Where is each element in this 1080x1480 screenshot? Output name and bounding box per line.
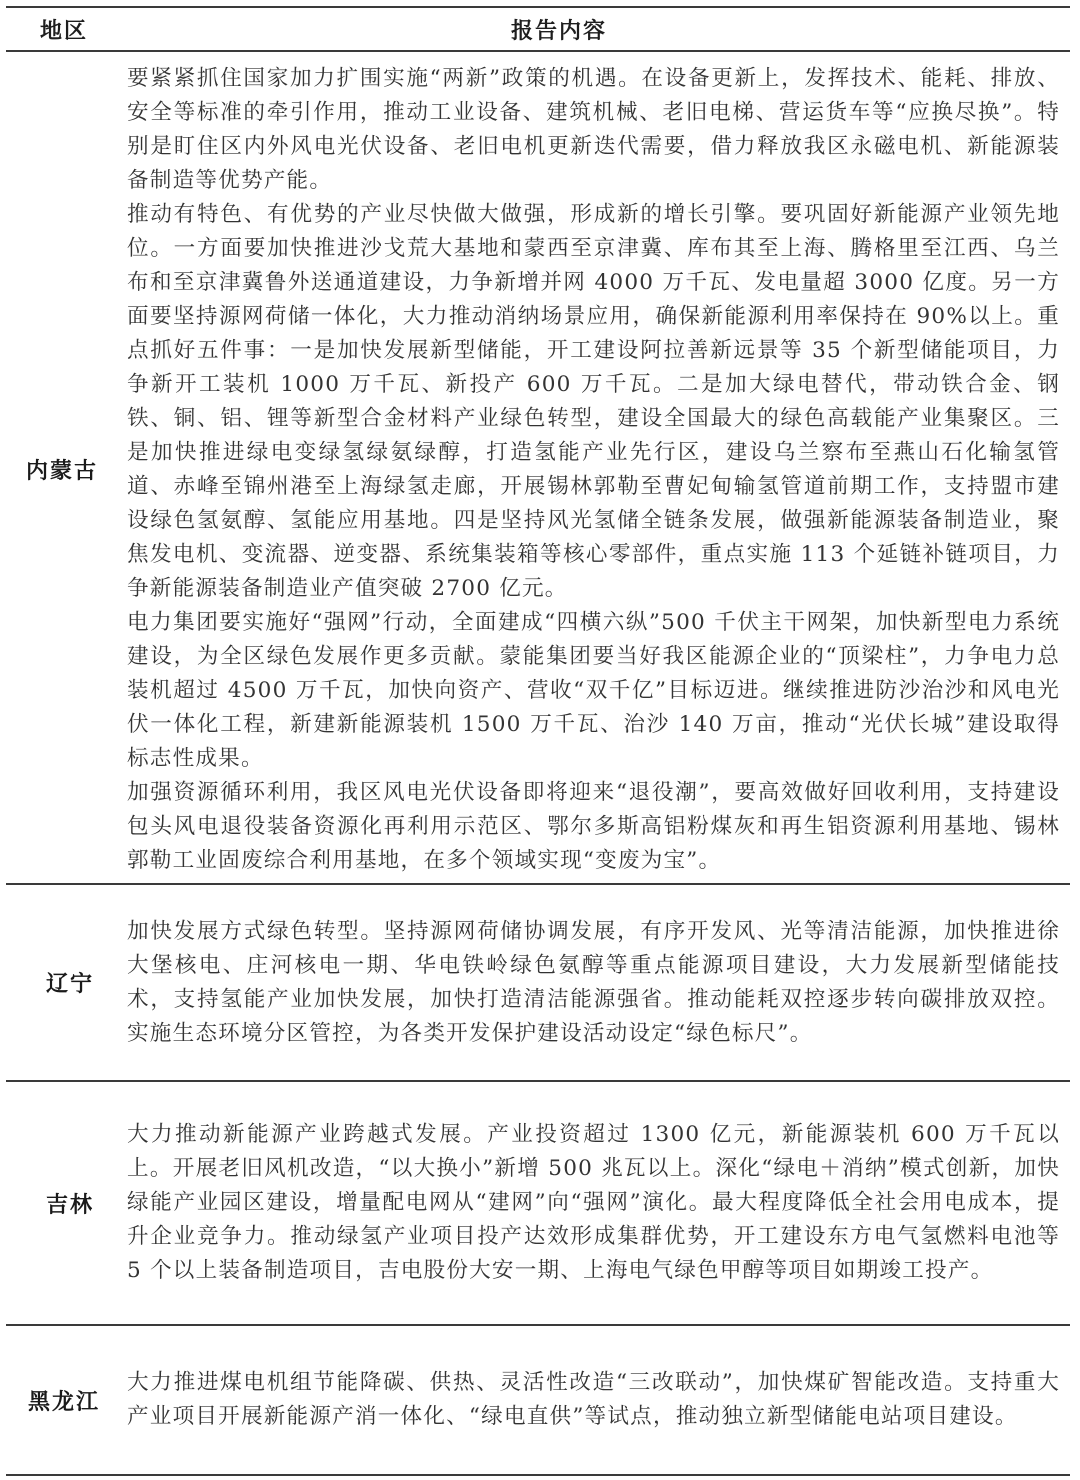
table-row-heilongjiang: 黑龙江 大力推进煤电机组节能降碳、供热、灵活性改造“三改联动”，加快煤矿智能改造… [6, 1326, 1070, 1474]
paragraph: 推动有特色、有优势的产业尽快做大做强，形成新的增长引擎。要巩固好新能源产业领先地… [127, 198, 1060, 606]
table-header: 地区 报告内容 [6, 8, 1070, 50]
paragraph: 加快发展方式绿色转型。坚持源网荷储协调发展，有序开发风、光等清洁能源，加快推进徐… [127, 915, 1060, 1051]
header-region: 地区 [6, 14, 118, 45]
table-bottom-rule [6, 1474, 1070, 1476]
paragraph: 电力集团要实施好“强网”行动，全面建成“四横六纵”500 千伏主干网架，加快新型… [127, 606, 1060, 776]
table-row-jilin: 吉林 大力推动新能源产业跨越式发展。产业投资超过 1300 亿元，新能源装机 6… [6, 1082, 1070, 1324]
paragraph: 大力推进煤电机组节能降碳、供热、灵活性改造“三改联动”，加快煤矿智能改造。支持重… [127, 1366, 1060, 1434]
paragraph: 加强资源循环利用，我区风电光伏设备即将迎来“退役潮”，要高效做好回收利用，支持建… [127, 776, 1060, 878]
report-content: 大力推动新能源产业跨越式发展。产业投资超过 1300 亿元，新能源装机 600 … [127, 1118, 1070, 1288]
paragraph: 要紧紧抓住国家加力扩围实施“两新”政策的机遇。在设备更新上，发挥技术、能耗、排放… [127, 62, 1060, 198]
region-label: 辽宁 [6, 967, 127, 998]
region-label: 吉林 [6, 1188, 127, 1219]
table-row-liaoning: 辽宁 加快发展方式绿色转型。坚持源网荷储协调发展，有序开发风、光等清洁能源，加快… [6, 885, 1070, 1080]
report-content: 要紧紧抓住国家加力扩围实施“两新”政策的机遇。在设备更新上，发挥技术、能耗、排放… [127, 62, 1070, 878]
region-label: 黑龙江 [6, 1385, 127, 1416]
region-label: 内蒙古 [6, 454, 127, 485]
report-table: 地区 报告内容 内蒙古 要紧紧抓住国家加力扩围实施“两新”政策的机遇。在设备更新… [6, 6, 1070, 1476]
header-content: 报告内容 [118, 14, 1070, 45]
report-content: 加快发展方式绿色转型。坚持源网荷储协调发展，有序开发风、光等清洁能源，加快推进徐… [127, 915, 1070, 1051]
table-row-neimenggu: 内蒙古 要紧紧抓住国家加力扩围实施“两新”政策的机遇。在设备更新上，发挥技术、能… [6, 52, 1070, 883]
paragraph: 大力推动新能源产业跨越式发展。产业投资超过 1300 亿元，新能源装机 600 … [127, 1118, 1060, 1288]
report-content: 大力推进煤电机组节能降碳、供热、灵活性改造“三改联动”，加快煤矿智能改造。支持重… [127, 1366, 1070, 1434]
